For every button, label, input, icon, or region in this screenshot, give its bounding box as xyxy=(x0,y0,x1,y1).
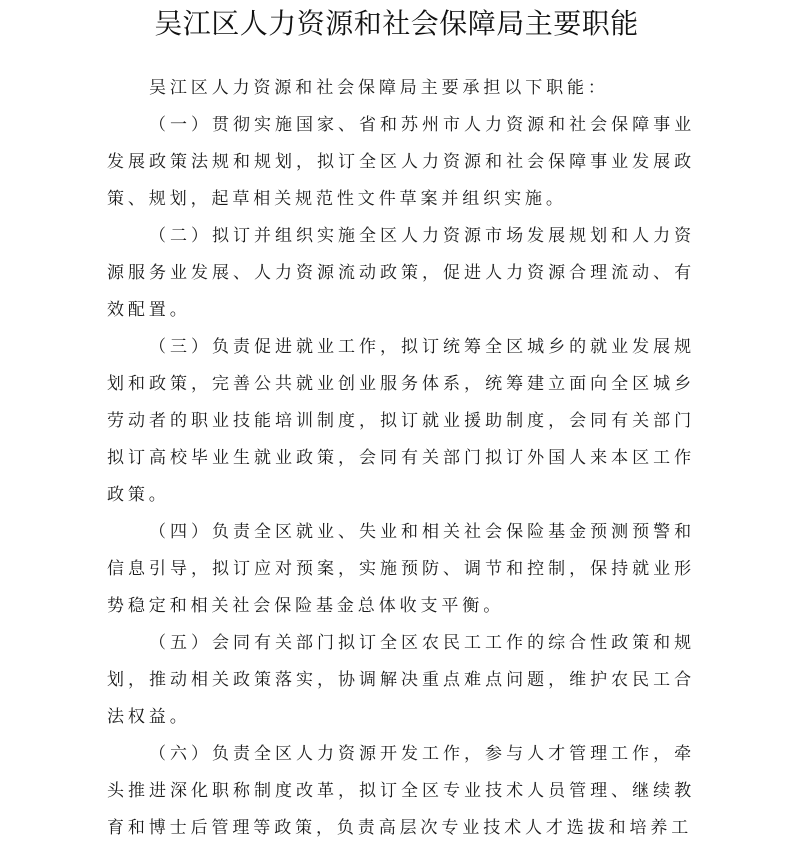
function-paragraph-3: （三）负责促进就业工作，拟订统筹全区城乡的就业发展规划和政策，完善公共就业创业服… xyxy=(107,329,695,514)
function-paragraph-5: （五）会同有关部门拟订全区农民工工作的综合性政策和规划，推动相关政策落实，协调解… xyxy=(107,625,695,736)
function-paragraph-4: （四）负责全区就业、失业和相关社会保险基金预测预警和信息引导，拟订应对预案，实施… xyxy=(107,514,695,625)
document-title: 吴江区人力资源和社会保障局主要职能 xyxy=(0,5,793,43)
intro-paragraph: 吴江区人力资源和社会保障局主要承担以下职能： xyxy=(107,70,695,107)
function-paragraph-2: （二）拟订并组织实施全区人力资源市场发展规划和人力资源服务业发展、人力资源流动政… xyxy=(107,218,695,329)
function-paragraph-1: （一）贯彻实施国家、省和苏州市人力资源和社会保障事业发展政策法规和规划，拟订全区… xyxy=(107,107,695,218)
document-body: 吴江区人力资源和社会保障局主要承担以下职能： （一）贯彻实施国家、省和苏州市人力… xyxy=(107,70,695,845)
function-paragraph-6: （六）负责全区人力资源开发工作，参与人才管理工作，牵头推进深化职称制度改革，拟订… xyxy=(107,736,695,845)
